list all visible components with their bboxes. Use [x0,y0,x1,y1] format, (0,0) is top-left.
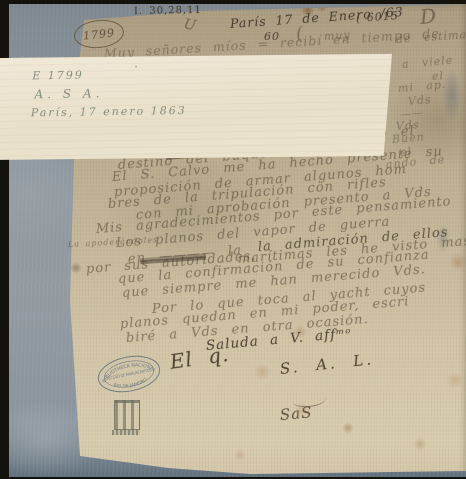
oval-number: 1799 [82,26,115,42]
scanned-letter: I. 30,28,11 U 1799 París 17 de Enero /63… [0,0,466,479]
shelfmark-caption [112,430,140,435]
right-fragment: mi ap. [397,78,446,95]
label-slip: E 1799 A. S A. París, 17 enero 1863 · [0,52,394,162]
slip-date: París, 17 enero 1863 [31,104,187,119]
shelfmark-stamp [114,400,140,430]
slip-code: E 1799 [32,69,84,83]
folio-number: ( 6015 [356,9,400,25]
signature-initials: S. A. L. [279,350,375,378]
slip-dot: · [134,60,140,74]
check-flourish-mark: U [182,16,198,34]
catalog-number: I. 30,28,11 [134,5,202,17]
slip-initials: A. S A. [34,86,103,101]
closing-el-q: El q. [168,342,230,374]
signature-paraph: SaS [279,403,313,424]
right-fragment: a viele [401,54,453,71]
